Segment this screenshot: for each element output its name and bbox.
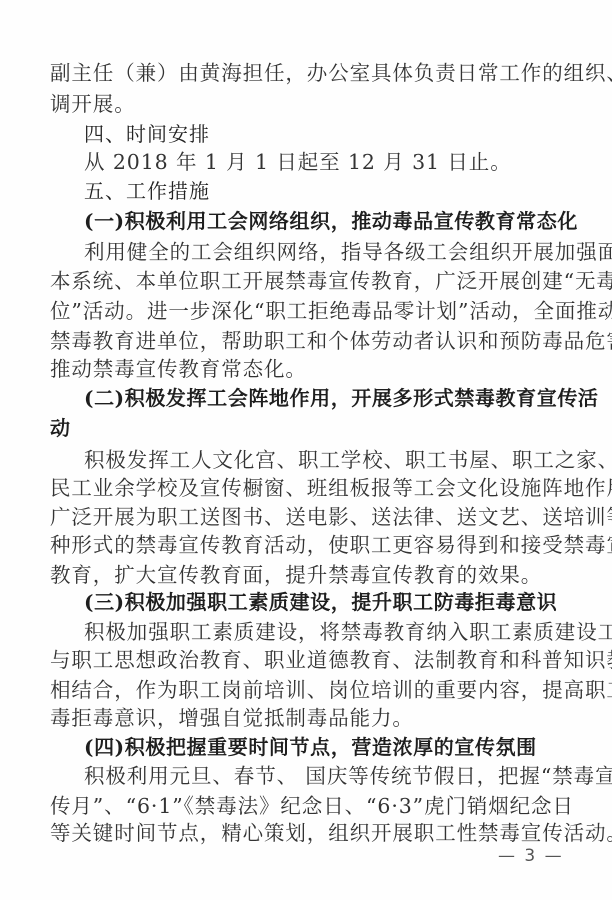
body-line: 从 2018 年 1 月 1 日起至 12 月 31 日止。 [84,149,542,175]
body-line: 推动禁毒宣传教育常态化。 [50,356,542,382]
subsection-heading-1: (一)积极利用工会网络组织，推动毒品宣传教育常态化 [84,208,542,234]
subsection-heading-2: (二)积极发挥工会阵地作用，开展多形式禁毒教育宣传活 [84,385,542,411]
section-heading-schedule: 四、时间安排 [84,121,542,147]
body-line: 与职工思想政治教育、职业道德教育、法制教育和科普知识教育 [50,647,542,673]
document-page: 副主任（兼）由黄海担任，办公室具体负责日常工作的组织、协 调开展。 四、时间安排… [0,0,612,900]
subsection-heading-4: (四)积极把握重要时间节点，营造浓厚的宣传氛围 [84,734,542,760]
body-line: 位”活动。进一步深化“职工拒绝毒品零计划”活动，全面推动 [50,298,542,324]
body-line: 积极发挥工人文化宫、职工学校、职工书屋、职工之家、农 [84,447,542,473]
page-number: — 3 — [498,846,564,866]
body-line: 毒拒毒意识，增强自觉抵制毒品能力。 [50,705,542,731]
body-line: 利用健全的工会组织网络，指导各级工会组织开展加强面向 [84,239,542,265]
body-line: 相结合，作为职工岗前培训、岗位培训的重要内容，提高职工防 [50,677,542,703]
body-line: 教育，扩大宣传教育面，提升禁毒宣传教育的效果。 [50,562,542,588]
body-line: 积极利用元旦、春节、 国庆等传统节假日，把握“禁毒宣 [84,763,542,789]
body-line: 民工业余学校及宣传橱窗、班组板报等工会文化设施阵地作用， [50,475,542,501]
body-line: 调开展。 [50,91,542,117]
body-line: 传月”、“6·1”《禁毒法》纪念日、“6·3”虎门销烟纪念日 [50,793,542,819]
section-heading-measures: 五、工作措施 [84,178,542,204]
body-line: 副主任（兼）由黄海担任，办公室具体负责日常工作的组织、协 [50,60,542,86]
body-line: 积极加强职工素质建设，将禁毒教育纳入职工素质建设工程， [84,619,542,645]
body-line: 禁毒教育进单位，帮助职工和个体劳动者认识和预防毒品危害， [50,328,542,354]
body-line: 广泛开展为职工送图书、送电影、送法律、送文艺、送培训等多 [50,504,542,530]
body-line: 等关键时间节点，精心策划，组织开展职工性禁毒宣传活动。通 [50,820,542,846]
body-line: 本系统、本单位职工开展禁毒宣传教育，广泛开展创建“无毒单 [50,268,542,294]
subsection-heading-3: (三)积极加强职工素质建设，提升职工防毒拒毒意识 [84,589,542,615]
body-line: 种形式的禁毒宣传教育活动，使职工更容易得到和接受禁毒宣传 [50,532,542,558]
subsection-heading-2-cont: 动 [50,415,542,441]
